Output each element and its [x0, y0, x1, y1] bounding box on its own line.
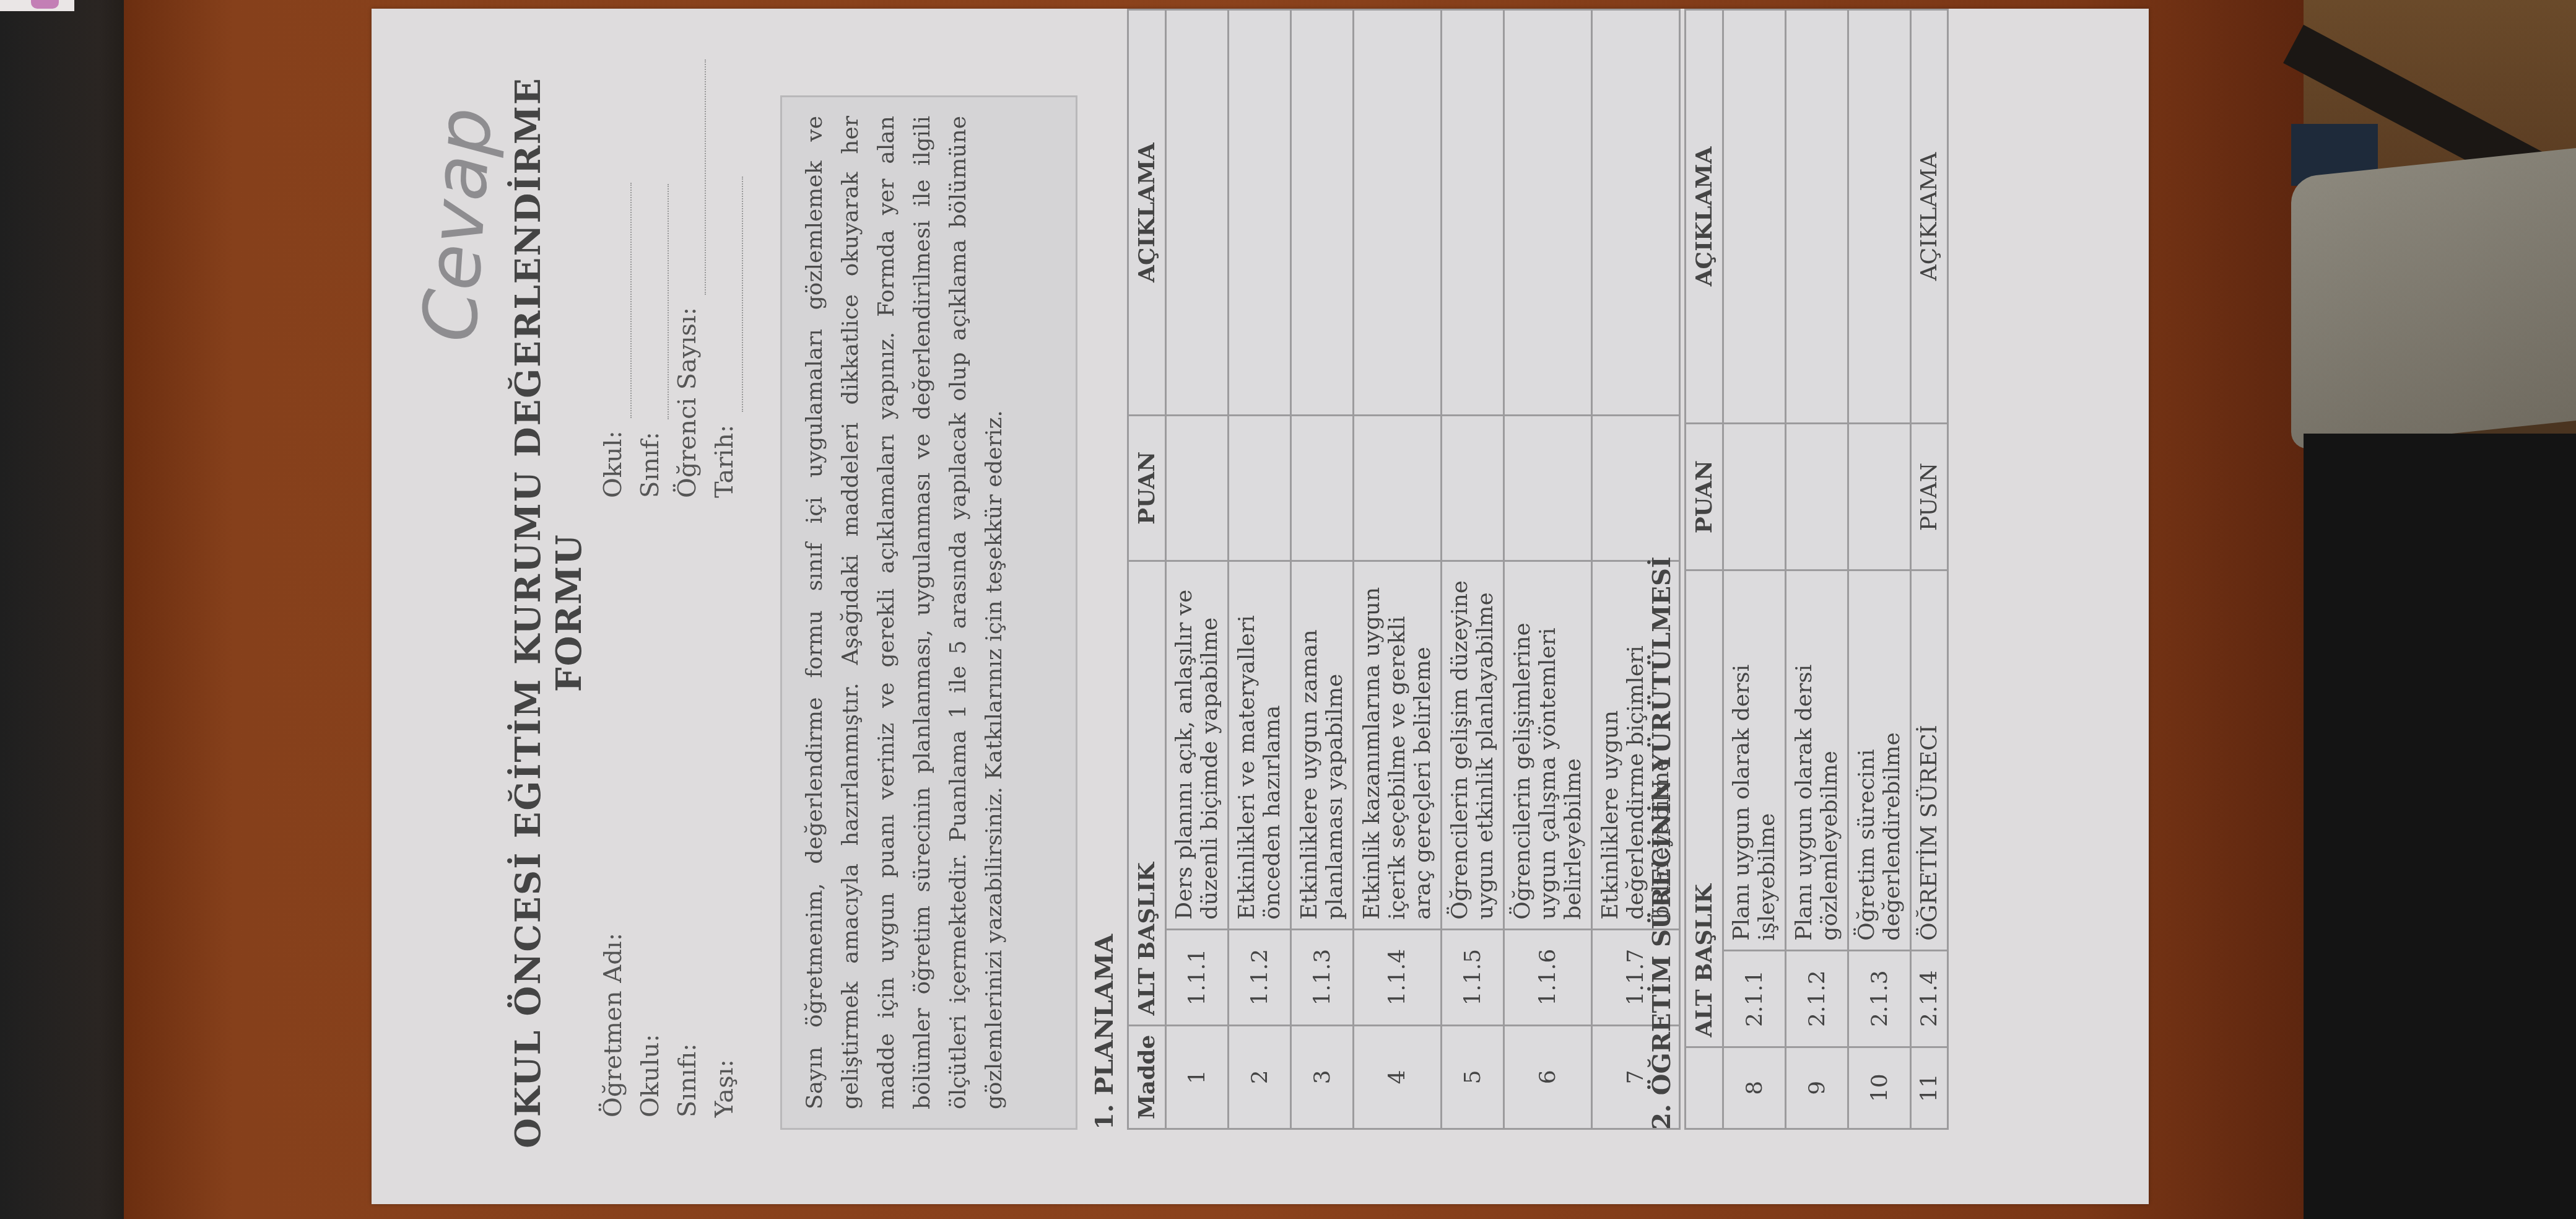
info-field: Okulu:: [632, 933, 669, 1117]
intro-paragraph: Sayın öğretmenim, değerlendirme formu sı…: [780, 95, 1077, 1130]
notes-cell: [1786, 10, 1848, 424]
info-fields-right: Okul: Sınıf: Öğrenci Sayısı: Tarih:: [594, 59, 743, 498]
item-code: 2.1.4: [1911, 950, 1948, 1047]
header-no: [1686, 1047, 1723, 1129]
score-cell: [1504, 416, 1592, 561]
notes-cell: [1723, 10, 1786, 424]
gray-cushion: [2291, 144, 2576, 451]
info-label: Sınıf:: [632, 432, 669, 498]
header-puan: PUAN: [1686, 423, 1723, 570]
notes-cell: [1848, 10, 1911, 424]
notes-cell: [1592, 10, 1680, 416]
score-cell: [1848, 423, 1911, 570]
item-code: 1.1.6: [1504, 929, 1592, 1025]
score-cell: PUAN: [1911, 423, 1948, 570]
item-code: 1.1.4: [1354, 929, 1442, 1025]
score-cell: [1291, 416, 1354, 561]
item-code: 2.1.1: [1723, 950, 1786, 1047]
notes-cell: [1354, 10, 1442, 416]
notes-cell: [1504, 10, 1592, 416]
row-number: 11: [1911, 1047, 1948, 1129]
form-page: Cevap OKUL ÖNCESİ EĞİTİM KURUMU DEĞERLEN…: [372, 9, 2149, 1204]
item-description: Öğrencilerin gelişimlerine uygun çalışma…: [1504, 561, 1592, 929]
table-row: 11.1.1Ders planını açık, anlaşılır ve dü…: [1166, 10, 1229, 1129]
item-code: 1.1.2: [1229, 929, 1291, 1025]
table-row: 82.1.1Planı uygun olarak dersi işleyebil…: [1723, 10, 1786, 1129]
item-code: 1.1.5: [1442, 929, 1504, 1025]
notes-cell: [1166, 10, 1229, 416]
row-number: 10: [1848, 1047, 1911, 1129]
table-row: 41.1.4Etkinlik kazanımlarına uygun içeri…: [1354, 10, 1442, 1129]
item-description: Etkinlik kazanımlarına uygun içerik seçe…: [1354, 561, 1442, 929]
info-label: Okul:: [594, 430, 632, 498]
table-row: 102.1.3Öğretim sürecini değerlendirebilm…: [1848, 10, 1911, 1129]
item-description: Öğretim sürecini değerlendirebilme: [1848, 570, 1911, 950]
notes-cell: AÇIKLAMA: [1911, 10, 1948, 424]
score-cell: [1592, 416, 1680, 561]
fill-line: [632, 184, 669, 419]
row-number: 8: [1723, 1047, 1786, 1129]
fill-line: [594, 183, 632, 418]
info-fields-left: Öğretmen Adı: Okulu: Sınıfı: Yaşı:: [594, 933, 743, 1117]
notes-cell: [1442, 10, 1504, 416]
item-description: Planı uygun olarak dersi gözlemleyebilme: [1786, 570, 1848, 950]
row-number: 9: [1786, 1047, 1848, 1129]
header-aciklama: AÇIKLAMA: [1128, 10, 1166, 416]
score-cell: [1723, 423, 1786, 570]
score-cell: [1229, 416, 1291, 561]
table-row: 31.1.3Etkinliklere uygun zaman planlamas…: [1291, 10, 1354, 1129]
item-description: Planı uygun olarak dersi işleyebilme: [1723, 570, 1786, 950]
item-code: 2.1.2: [1786, 950, 1848, 1047]
info-label: Tarih:: [706, 424, 743, 498]
header-puan: PUAN: [1128, 416, 1166, 561]
form-title: OKUL ÖNCESİ EĞİTİM KURUMU DEĞERLENDİRME …: [508, 58, 590, 1167]
item-description: Etkinlikleri ve materyalleri önceden haz…: [1229, 561, 1291, 929]
item-description: Öğrencilerin gelişim düzeyine uygun etki…: [1442, 561, 1504, 929]
table1-caption: 1. PLANLAMA: [1090, 934, 1119, 1130]
row-number: 2: [1229, 1025, 1291, 1129]
dark-object-left: [0, 0, 124, 1219]
score-cell: [1442, 416, 1504, 561]
row-number: 5: [1442, 1025, 1504, 1129]
table2-caption: 2. ÖĞRETİM SÜRECİNİN YÜRÜTÜLMESİ: [1647, 556, 1676, 1130]
row-number: 4: [1354, 1025, 1442, 1129]
info-label: Öğrenci Sayısı:: [669, 307, 706, 498]
row-number: 6: [1504, 1025, 1592, 1129]
score-cell: [1354, 416, 1442, 561]
item-code: 1.1.1: [1166, 929, 1229, 1025]
header-subtitle: ALT BAŞLIK: [1686, 570, 1723, 1047]
process-table: ALT BAŞLIK PUAN AÇIKLAMA 82.1.1Planı uyg…: [1684, 9, 1949, 1130]
score-cell: [1166, 416, 1229, 561]
item-code: 1.1.3: [1291, 929, 1354, 1025]
row-number: 3: [1291, 1025, 1354, 1129]
info-field: Yaşı:: [706, 933, 743, 1117]
table-row: 21.1.2Etkinlikleri ve materyalleri önced…: [1229, 10, 1291, 1129]
table-row: 51.1.5Öğrencilerin gelişim düzeyine uygu…: [1442, 10, 1504, 1129]
handwritten-mark: Cevap: [407, 105, 509, 345]
header-aciklama: AÇIKLAMA: [1686, 10, 1723, 424]
dark-floor: [2304, 434, 2576, 1219]
planning-table: Madde ALT BAŞLIK PUAN AÇIKLAMA 11.1.1Der…: [1127, 9, 1681, 1130]
table-row: 61.1.6Öğrencilerin gelişimlerine uygun ç…: [1504, 10, 1592, 1129]
pink-object: [0, 0, 74, 11]
item-code: 2.1.3: [1848, 950, 1911, 1047]
header-no: Madde: [1128, 1025, 1166, 1129]
item-description: ÖĞRETİM SÜRECİ: [1911, 570, 1948, 950]
item-description: Etkinliklere uygun zaman planlaması yapa…: [1291, 561, 1354, 929]
header-subtitle: ALT BAŞLIK: [1128, 561, 1166, 1025]
notes-cell: [1291, 10, 1354, 416]
info-field: Öğretmen Adı:: [594, 933, 632, 1117]
score-cell: [1786, 423, 1848, 570]
row-number: 1: [1166, 1025, 1229, 1129]
info-field: Sınıfı:: [669, 933, 706, 1117]
table-row: 112.1.4ÖĞRETİM SÜRECİPUANAÇIKLAMA: [1911, 10, 1948, 1129]
notes-cell: [1229, 10, 1291, 416]
table-row: 92.1.2Planı uygun olarak dersi gözlemley…: [1786, 10, 1848, 1129]
fill-line: [669, 59, 706, 295]
item-description: Ders planını açık, anlaşılır ve düzenli …: [1166, 561, 1229, 929]
fill-line: [706, 177, 743, 412]
